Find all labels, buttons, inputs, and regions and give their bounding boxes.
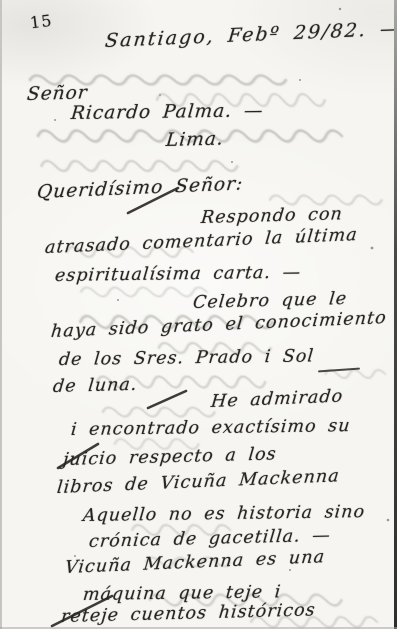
body-line: i encontrado exactísimo su — [70, 416, 351, 440]
manuscript-page: 15 Santiago, Febº 29/82. — Señor Ricardo… — [0, 0, 397, 629]
recipient-city: Lima. — [165, 128, 225, 151]
body-line: espiritualísima carta. — — [54, 263, 302, 286]
paper-edge-left — [0, 0, 2, 629]
body-line: Respondo con — [200, 204, 344, 228]
body-line: de los Sres. Prado i Sol — [58, 346, 315, 370]
recipient-name: Ricardo Palma. — — [70, 100, 265, 124]
body-line: Aquello no es historia sino — [82, 502, 366, 526]
body-line: Celebro que le — [192, 289, 348, 313]
body-line: de luna. — [52, 375, 138, 397]
recipient-salutation: Señor — [26, 82, 89, 105]
page-number: 15 — [29, 11, 54, 33]
